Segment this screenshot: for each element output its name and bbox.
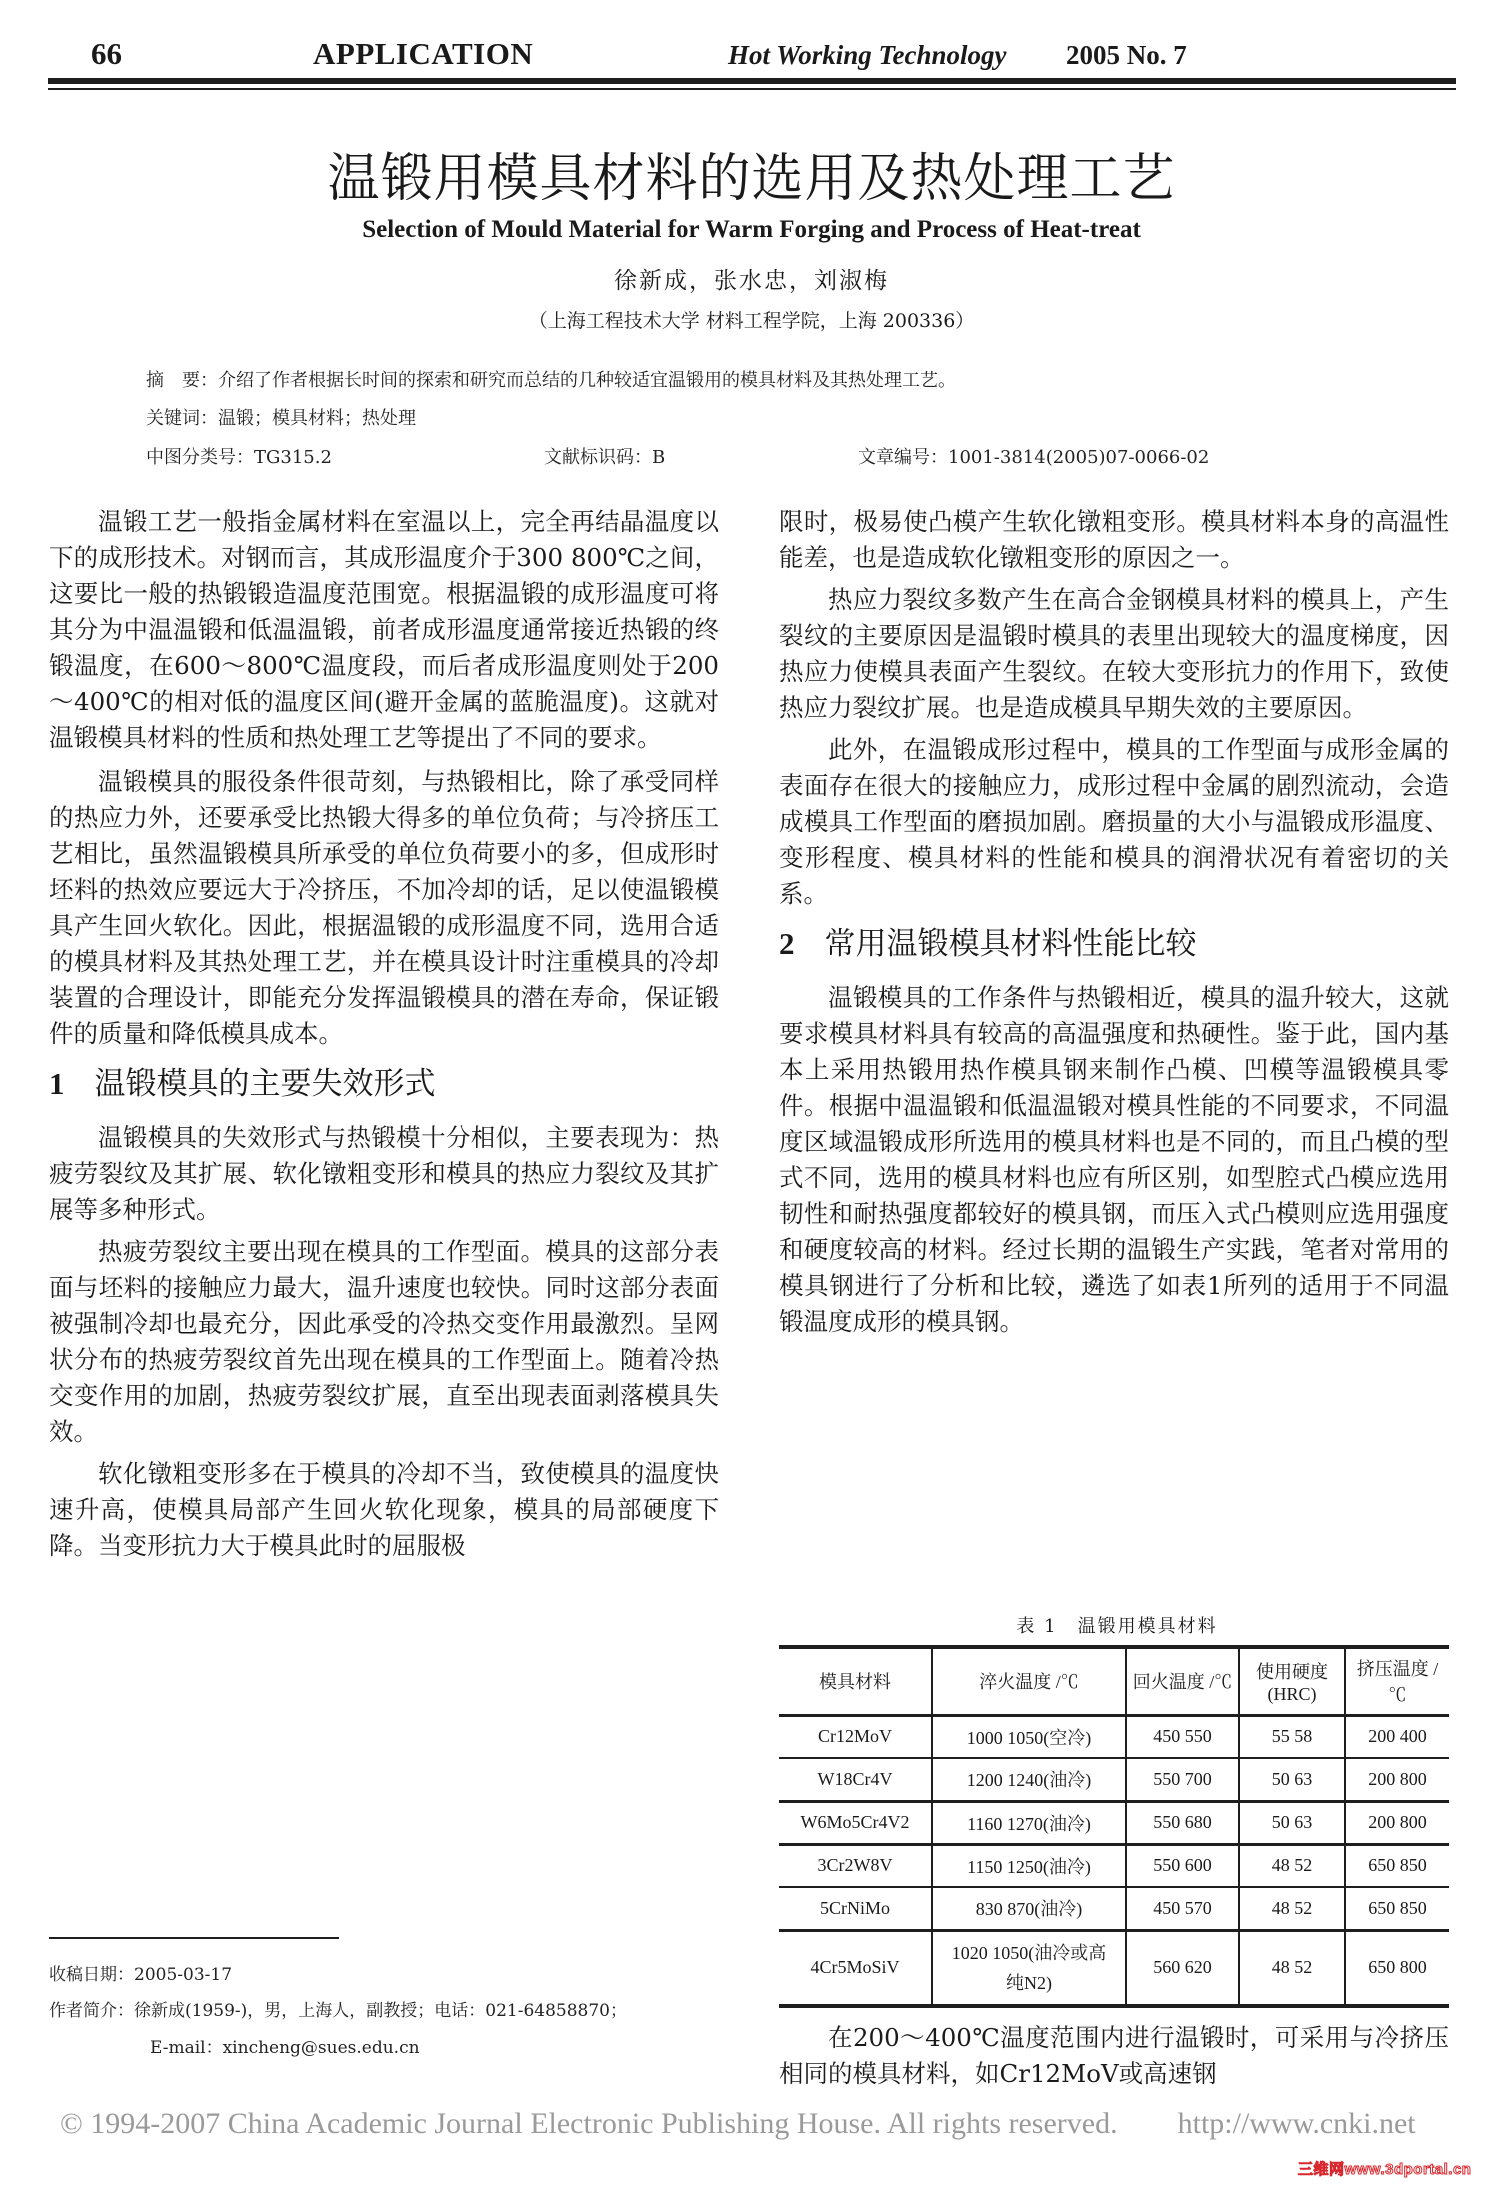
header-rule-thin	[48, 88, 1456, 90]
abstract-text: 介绍了作者根据长时间的探索和研究而总结的几种较适宜温锻用的模具材料及其热处理工艺…	[218, 370, 956, 391]
table-cell: 1020 1050(油冷或高纯N2)	[932, 1930, 1126, 2006]
table-cell: 3Cr2W8V	[779, 1844, 932, 1887]
paragraph: 软化镦粗变形多在于模具的冷却不当，致使模具的温度快速升高，使模具局部产生回火软化…	[49, 1456, 719, 1564]
authors: 徐新成，张水忠，刘淑梅	[0, 262, 1503, 295]
table-cell: 48 52	[1239, 1930, 1345, 2006]
paragraph: 此外，在温锻成形过程中，模具的工作型面与成形金属的表面存在很大的接触应力，成形过…	[779, 732, 1449, 912]
paragraph: 热疲劳裂纹主要出现在模具的工作型面。模具的这部分表面与坯料的接触应力最大，温升速…	[49, 1234, 719, 1450]
table-cell: 55 58	[1239, 1715, 1345, 1758]
section-title: 常用温锻模具材料性能比较	[825, 926, 1197, 962]
table-cell: 200 800	[1345, 1758, 1449, 1801]
article-no-value: 1001-3814(2005)07-0066-02	[948, 447, 1209, 468]
column-header: 挤压温度 /℃	[1345, 1647, 1449, 1715]
issue-number: 2005 No. 7	[1066, 40, 1187, 71]
journal-name: Hot Working Technology	[728, 40, 1007, 71]
section-number: 1	[49, 1066, 65, 1101]
article-title: 温锻用模具材料的选用及热处理工艺	[0, 136, 1503, 211]
table-cell: 50 63	[1239, 1758, 1345, 1801]
paragraph: 温锻模具的工作条件与热锻相近，模具的温升较大，这就要求模具材料具有较高的高温强度…	[779, 980, 1449, 1340]
copyright-notice: © 1994-2007 China Academic Journal Elect…	[60, 2098, 1416, 2142]
section-number: 2	[779, 926, 795, 961]
table-cell: 1000 1050(空冷)	[932, 1715, 1126, 1758]
section-heading-2: 2常用温锻模具材料性能比较	[779, 926, 1449, 962]
column-header: 使用硬度 (HRC)	[1239, 1647, 1345, 1715]
table-cell: 48 52	[1239, 1844, 1345, 1887]
received-date: 收稿日期：2005-03-17	[49, 1960, 232, 1985]
table-cell: 550 700	[1126, 1758, 1239, 1801]
table-cell: 48 52	[1239, 1887, 1345, 1930]
table-header-row: 模具材料 淬火温度 /℃ 回火温度 /℃ 使用硬度 (HRC) 挤压温度 /℃	[779, 1647, 1449, 1715]
section-title: 温锻模具的主要失效形式	[95, 1066, 436, 1102]
affiliation: （上海工程技术大学 材料工程学院，上海 200336）	[0, 306, 1503, 333]
table-cell: 4Cr5MoSiV	[779, 1930, 932, 2006]
table-cell: 650 800	[1345, 1930, 1449, 2006]
table-row: 3Cr2W8V 1150 1250(油冷) 550 600 48 52 650 …	[779, 1844, 1449, 1887]
table-cell: 200 400	[1345, 1715, 1449, 1758]
paragraph: 热应力裂纹多数产生在高合金钢模具材料的模具上，产生裂纹的主要原因是温锻时模具的表…	[779, 582, 1449, 726]
clc-number: 中图分类号：TG315.2	[146, 443, 332, 469]
table-cell: W18Cr4V	[779, 1758, 932, 1801]
section-label: APPLICATION	[313, 36, 533, 72]
table-row: W18Cr4V 1200 1240(油冷) 550 700 50 63 200 …	[779, 1758, 1449, 1801]
table-cell: 1150 1250(油冷)	[932, 1844, 1126, 1887]
clc-value: TG315.2	[254, 447, 332, 468]
section-heading-1: 1温锻模具的主要失效形式	[49, 1066, 719, 1102]
abstract-label: 摘 要：	[146, 370, 218, 391]
left-column: 温锻工艺一般指金属材料在室温以上，完全再结晶温度以下的成形技术。对钢而言，其成形…	[49, 504, 719, 1564]
table-cell: W6Mo5Cr4V2	[779, 1801, 932, 1844]
keywords-text: 温锻；模具材料；热处理	[218, 408, 416, 429]
table-cell: 550 600	[1126, 1844, 1239, 1887]
doc-code-value: B	[652, 447, 665, 468]
table-cell: 450 570	[1126, 1887, 1239, 1930]
page-number: 66	[91, 36, 122, 72]
right-column: 限时，极易使凸模产生软化镦粗变形。模具材料本身的高温性能差，也是造成软化镦粗变形…	[779, 504, 1449, 1340]
footnote-rule	[49, 1937, 339, 1939]
paragraph: 限时，极易使凸模产生软化镦粗变形。模具材料本身的高温性能差，也是造成软化镦粗变形…	[779, 504, 1449, 576]
keywords-label: 关键词：	[146, 408, 218, 429]
article-number: 文章编号：1001-3814(2005)07-0066-02	[858, 443, 1209, 469]
paragraph: 在200～400℃温度范围内进行温锻时，可采用与冷挤压相同的模具材料，如Cr12…	[779, 2020, 1449, 2092]
table-cell: 650 850	[1345, 1887, 1449, 1930]
paragraph: 温锻模具的服役条件很苛刻，与热锻相比，除了承受同样的热应力外，还要承受比热锻大得…	[49, 764, 719, 1052]
table-cell: 50 63	[1239, 1801, 1345, 1844]
table-cell: 560 620	[1126, 1930, 1239, 2006]
clc-label: 中图分类号：	[146, 447, 254, 468]
right-column-continued: 在200～400℃温度范围内进行温锻时，可采用与冷挤压相同的模具材料，如Cr12…	[779, 2020, 1449, 2092]
table-row: 4Cr5MoSiV 1020 1050(油冷或高纯N2) 560 620 48 …	[779, 1930, 1449, 2006]
table-cell: 450 550	[1126, 1715, 1239, 1758]
doc-code-label: 文献标识码：	[544, 447, 652, 468]
column-header: 回火温度 /℃	[1126, 1647, 1239, 1715]
table-cell: 830 870(油冷)	[932, 1887, 1126, 1930]
article-title-english: Selection of Mould Material for Warm For…	[0, 216, 1503, 244]
table-row: Cr12MoV 1000 1050(空冷) 450 550 55 58 200 …	[779, 1715, 1449, 1758]
column-header: 淬火温度 /℃	[932, 1647, 1126, 1715]
table-cell: 550 680	[1126, 1801, 1239, 1844]
paragraph: 温锻工艺一般指金属材料在室温以上，完全再结晶温度以下的成形技术。对钢而言，其成形…	[49, 504, 719, 756]
document-code: 文献标识码：B	[544, 443, 665, 469]
table-cell: 1160 1270(油冷)	[932, 1801, 1126, 1844]
table-cell: 1200 1240(油冷)	[932, 1758, 1126, 1801]
materials-table: 模具材料 淬火温度 /℃ 回火温度 /℃ 使用硬度 (HRC) 挤压温度 /℃ …	[779, 1645, 1449, 2008]
author-bio: 作者简介：徐新成(1959-)，男，上海人，副教授；电话：021-6485887…	[49, 1996, 627, 2021]
table-cell: 650 850	[1345, 1844, 1449, 1887]
header-rule-thick	[48, 78, 1456, 84]
table-cell: 5CrNiMo	[779, 1887, 932, 1930]
table-row: W6Mo5Cr4V2 1160 1270(油冷) 550 680 50 63 2…	[779, 1801, 1449, 1844]
paragraph: 温锻模具的失效形式与热锻模十分相似，主要表现为：热疲劳裂纹及其扩展、软化镦粗变形…	[49, 1120, 719, 1228]
table-cell: 200 800	[1345, 1801, 1449, 1844]
watermark-3dportal: 三维网www.3dportal.cn	[1298, 2158, 1471, 2179]
table-row: 5CrNiMo 830 870(油冷) 450 570 48 52 650 85…	[779, 1887, 1449, 1930]
article-no-label: 文章编号：	[858, 447, 948, 468]
column-header: 模具材料	[779, 1647, 932, 1715]
author-email[interactable]: E-mail：xincheng@sues.edu.cn	[150, 2033, 420, 2058]
abstract: 摘 要：介绍了作者根据长时间的探索和研究而总结的几种较适宜温锻用的模具材料及其热…	[146, 366, 956, 392]
keywords: 关键词：温锻；模具材料；热处理	[146, 404, 416, 430]
table-cell: Cr12MoV	[779, 1715, 932, 1758]
table-caption: 表 1 温锻用模具材料	[779, 1612, 1455, 1638]
